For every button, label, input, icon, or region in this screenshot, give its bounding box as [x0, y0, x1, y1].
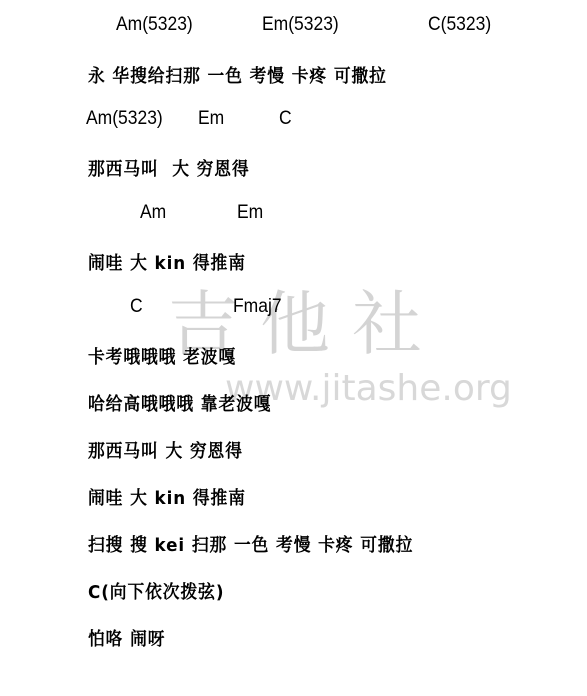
lyric-line: 哈给高哦哦哦 靠老波嘎	[88, 390, 271, 416]
chord-label: C	[279, 108, 292, 130]
chord-label: Am(5323)	[116, 14, 193, 36]
chord-label: Em	[198, 108, 224, 130]
chord-label: C(5323)	[428, 14, 491, 36]
lyric-line: 闹哇 大 kin 得推南	[88, 249, 246, 275]
lyric-line: C(向下依次拨弦)	[88, 578, 224, 604]
lyric-line: 那西马叫 大 穷恩得	[88, 155, 250, 181]
lyric-line: 怕咯 闹呀	[88, 625, 165, 651]
lyric-line: 扫搜 搜 kei 扫那 一色 考慢 卡疼 可撒拉	[88, 531, 413, 557]
chord-label: Am(5323)	[86, 108, 163, 130]
chord-label: C	[130, 296, 143, 318]
chord-label: Am	[140, 202, 166, 224]
lyric-line: 那西马叫 大 穷恩得	[88, 437, 243, 463]
lyric-line: 永 华搜给扫那 一色 考慢 卡疼 可撒拉	[88, 62, 387, 88]
chord-label: Em(5323)	[262, 14, 339, 36]
chord-label: Fmaj7	[233, 296, 282, 318]
lyric-line: 卡考哦哦哦 老波嘎	[88, 343, 236, 369]
chord-label: Em	[237, 202, 263, 224]
lyrics-sheet: Am(5323)Em(5323)C(5323)永 华搜给扫那 一色 考慢 卡疼 …	[0, 0, 587, 696]
lyric-line: 闹哇 大 kin 得推南	[88, 484, 246, 510]
